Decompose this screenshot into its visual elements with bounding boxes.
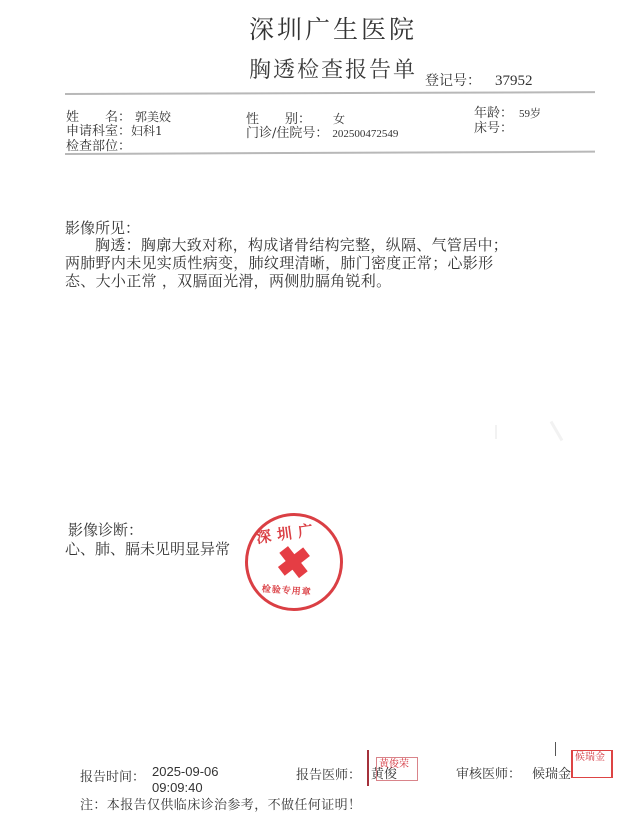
report-time-label: 报告时间： — [80, 766, 145, 785]
registration-row: 登记号：37952 — [425, 70, 533, 90]
disclaimer-note: 注：本报告仅供临床诊治参考，不做任何证明！ — [80, 794, 361, 813]
exam-site-field: 检查部位： — [66, 139, 131, 154]
stamp-id-text: ​ — [379, 770, 415, 781]
patient-name-label: 姓 名： — [66, 110, 131, 125]
age-value: 59岁 — [519, 108, 541, 120]
department-field: 申请科室：妇科1 — [66, 124, 163, 139]
report-date: 2025-09-06 — [152, 764, 219, 780]
age-label: 年龄： — [474, 106, 513, 121]
department-label: 申请科室： — [66, 124, 131, 139]
reporting-doctor-stamp-text: 黄俊荣 — [379, 759, 409, 770]
reviewing-doctor-name: 候瑞金 — [532, 763, 571, 782]
hospital-name: 深圳广生医院 — [0, 10, 636, 46]
signature-mark — [367, 750, 369, 786]
patient-name-value: 郭美姣 — [135, 110, 171, 124]
age-field: 年龄：59岁 — [474, 107, 541, 121]
divider-bottom — [65, 151, 595, 155]
findings-line: 态、大小正常 ，双膈面光滑，两侧肋膈角锐利。 — [65, 272, 615, 290]
scan-artifact — [495, 425, 497, 439]
gender-value: 女 — [333, 112, 345, 126]
report-page: 深圳广生医院 胸透检查报告单 登记号：37952 姓 名：郭美姣 申请科室：妇科… — [0, 0, 636, 819]
report-title: 胸透检查报告单 — [0, 53, 636, 84]
stamp-id-text: ​ — [575, 763, 609, 774]
diagnosis-text: 心、肺、膈未见明显异常 — [65, 538, 230, 559]
findings-text: 胸透：胸廓大致对称，构成诸骨结构完整，纵隔、气管居中； 两肺野内未见实质性病变，… — [65, 236, 615, 290]
divider-top — [65, 91, 595, 95]
reporting-doctor-stamp: 黄俊荣 ​ — [376, 757, 418, 781]
findings-title: 影像所见： — [65, 217, 140, 238]
hospital-seal: 深圳广 检验专用章 — [239, 507, 350, 618]
findings-line: 两肺野内未见实质性病变，肺纹理清晰，肺门密度正常；心影形 — [65, 254, 615, 272]
signature-mark — [555, 742, 556, 756]
outpatient-value: 202500472549 — [332, 128, 398, 140]
findings-line: 胸透：胸廓大致对称，构成诸骨结构完整，纵隔、气管居中； — [65, 236, 615, 254]
bed-label: 床号： — [474, 121, 513, 136]
patient-name-field: 姓 名：郭美姣 — [66, 110, 171, 125]
reporting-doctor-label: 报告医师： — [296, 764, 361, 783]
reviewing-doctor-stamp-text: 候瑞金 — [575, 752, 605, 763]
seal-top-text: 深圳广 — [255, 518, 320, 548]
exam-site-label: 检查部位： — [66, 139, 131, 154]
department-value: 妇科1 — [131, 124, 163, 138]
registration-number: 37952 — [495, 73, 533, 89]
seal-bottom-text: 检验专用章 — [261, 582, 312, 598]
scan-artifact — [550, 421, 564, 442]
diagnosis-title: 影像诊断： — [68, 519, 143, 540]
gender-field: 性 别：女 — [246, 112, 345, 127]
registration-label: 登记号： — [425, 73, 481, 89]
outpatient-label: 门诊/住院号： — [246, 126, 328, 141]
outpatient-field: 门诊/住院号：202500472549 — [246, 127, 398, 141]
reviewing-doctor-stamp: 候瑞金 ​ — [571, 750, 613, 778]
gender-label: 性 别： — [246, 112, 311, 127]
report-time-value: 2025-09-06 09:09:40 — [152, 764, 219, 796]
bed-field: 床号： — [474, 121, 513, 136]
reviewing-doctor-label: 审核医师： — [456, 763, 521, 782]
